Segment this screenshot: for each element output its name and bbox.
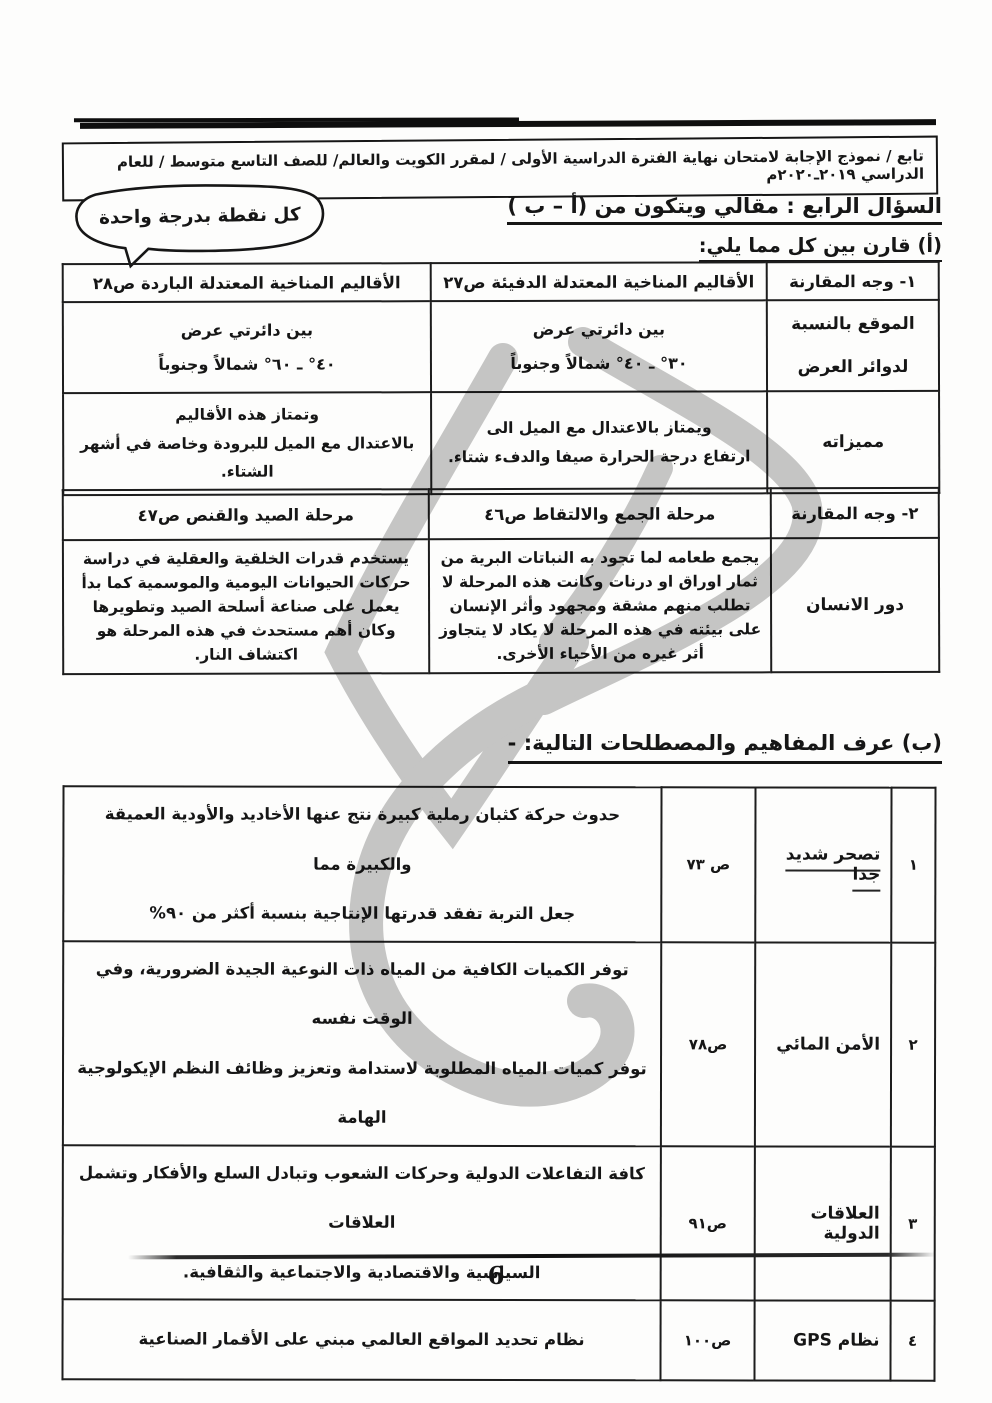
t1-features-cold: وتمتاز هذه الأقاليم بالاعتدال مع الميل ل… xyxy=(63,392,431,495)
def-row-number: ١ xyxy=(891,788,935,943)
t1-row-features-label: مميزاته xyxy=(767,391,939,493)
exam-answer-sheet-page: تابع / نموذج الإجابة لامتحان نهاية الفتر… xyxy=(0,0,992,1403)
def-page-ref: ص ٧٣ xyxy=(661,787,755,942)
def-term-water-security: الأمن المائي xyxy=(755,942,891,1146)
table-row: الموقع بالنسبة لدوائر العرض بين دائرتي ع… xyxy=(63,300,939,393)
table-row: مميزاته ويمتاز بالاعتدال مع الميل الى ار… xyxy=(63,391,939,495)
def-term-text: تصحر شديد جدا xyxy=(786,845,881,892)
def-term-desertification: تصحر شديد جدا xyxy=(755,787,891,942)
def-row-number: ٢ xyxy=(891,942,935,1146)
comparison-table-climate: ١- وجه المقارنة الأقاليم المناخية المعتد… xyxy=(62,261,941,496)
header-note: تابع / نموذج الإجابة لامتحان نهاية الفتر… xyxy=(117,147,924,184)
t1-features-warm: ويمتاز بالاعتدال مع الميل الى ارتفاع درج… xyxy=(431,391,767,494)
t1-row-location-label: الموقع بالنسبة لدوائر العرض xyxy=(767,300,939,391)
def-page-ref: ص١٠٠ xyxy=(660,1300,754,1380)
t1-location-warm: بين دائرتي عرض ٣٠° ـ ٤٠° شمالاً وجنوباً xyxy=(431,300,767,392)
def-row-number: ٤ xyxy=(890,1301,934,1381)
t2-header-aspect: ٢- وجه المقارنة xyxy=(771,488,939,538)
def-page-ref: ص٧٨ xyxy=(661,942,755,1146)
definitions-table: ١ تصحر شديد جدا ص ٧٣ حدوث حركة كثبان رمل… xyxy=(61,785,936,1382)
t1-header-aspect: ١- وجه المقارنة xyxy=(767,262,939,300)
def-term-text: العلاقات الدولية xyxy=(810,1203,879,1243)
table-row: ٢ الأمن المائي ص٧٨ توفر الكميات الكافية … xyxy=(63,941,935,1147)
part-a-title: (أ) قارن بين كل مما يلي: xyxy=(699,234,942,262)
question-title: السؤال الرابع : مقالي ويتكون من (أ – ب ) xyxy=(507,194,942,225)
def-definition-desertification: حدوث حركة كثبان رملية كبيرة نتج عنها الأ… xyxy=(63,786,661,942)
def-definition-gps-system: نظام تحديد المواقع العالمي مبني على الأق… xyxy=(62,1299,660,1380)
t2-human-role-gathering: يجمع طعامه لما تجود به النباتات البرية م… xyxy=(429,538,771,673)
table-row: ٢- وجه المقارنة مرحلة الجمع والالتقاط ص٤… xyxy=(63,488,939,540)
t1-header-warm-regions: الأقاليم المناخية المعتدلة الدفيئة ص٢٧ xyxy=(431,262,767,301)
table-row: ١ تصحر شديد جدا ص ٧٣ حدوث حركة كثبان رمل… xyxy=(63,786,935,942)
t2-header-gathering-stage: مرحلة الجمع والالتقاط ص٤٦ xyxy=(429,488,771,539)
page-number: 6 xyxy=(0,1261,992,1290)
def-definition-water-security: توفر الكميات الكافية من المياه ذات النوع… xyxy=(63,941,661,1146)
t1-header-cold-regions: الأقاليم المناخية المعتدلة الباردة ص٢٨ xyxy=(63,263,431,302)
def-term-text: الأمن المائي xyxy=(776,1034,880,1054)
t2-header-hunting-stage: مرحلة الصيد والقنص ص٤٧ xyxy=(63,489,429,540)
table-row: ١- وجه المقارنة الأقاليم المناخية المعتد… xyxy=(63,262,939,302)
def-term-gps-system: نظام GPS xyxy=(754,1300,890,1380)
comparison-table-stages: ٢- وجه المقارنة مرحلة الجمع والالتقاط ص٤… xyxy=(62,487,940,675)
table-row: دور الانسان يجمع طعامه لما تجود به النبا… xyxy=(63,538,939,674)
t2-human-role-hunting: يستخدم قدرات الخلقية والعقلية في دراسة ح… xyxy=(63,539,429,674)
t2-row-human-role-label: دور الانسان xyxy=(771,538,939,672)
score-bubble: كل نقطة بدرجة واحدة xyxy=(67,179,332,273)
def-term-text: نظام GPS xyxy=(793,1331,879,1351)
score-bubble-text: كل نقطة بدرجة واحدة xyxy=(68,204,332,229)
top-rule xyxy=(80,119,936,129)
part-b-title: (ب) عرف المفاهيم والمصطلحات التالية: - xyxy=(508,731,942,764)
table-row: ٤ نظام GPS ص١٠٠ نظام تحديد المواقع العال… xyxy=(62,1299,934,1381)
t1-location-cold: بين دائرتي عرض ٤٠° ـ ٦٠° شمالاً وجنوباً xyxy=(63,301,431,393)
